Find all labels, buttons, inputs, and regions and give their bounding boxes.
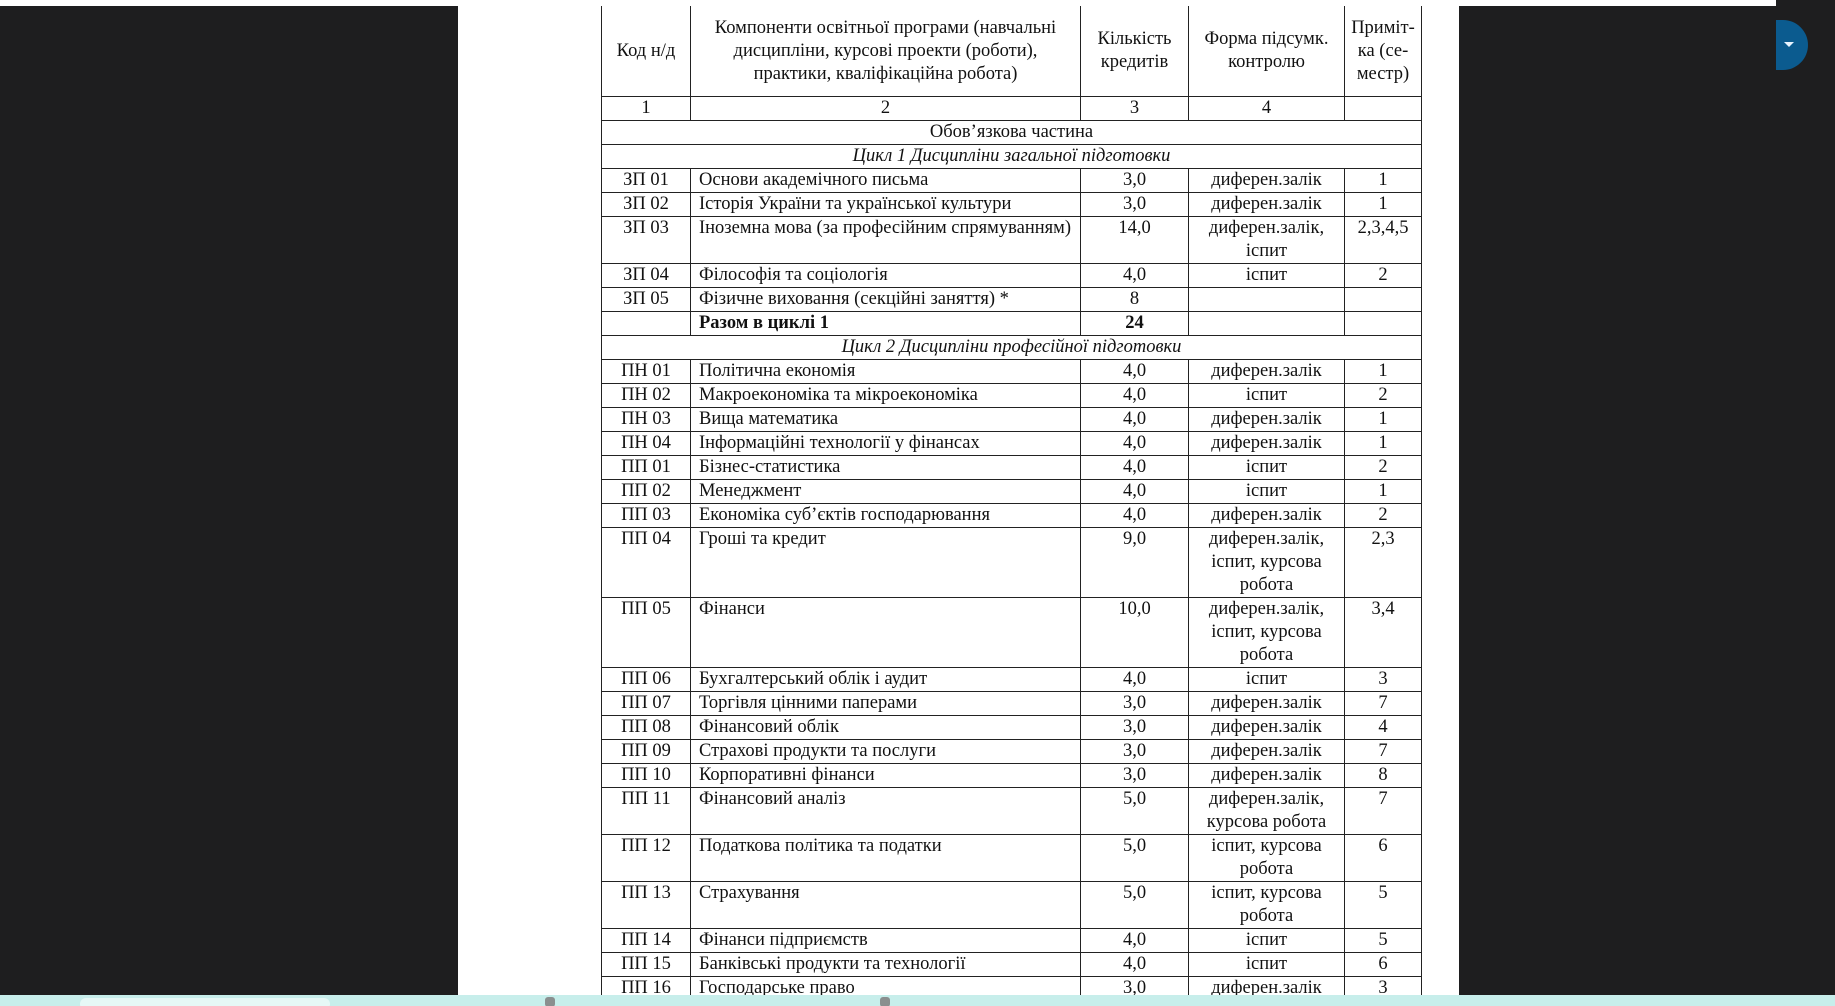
row-semester: 1 bbox=[1345, 360, 1422, 384]
header-number: 4 bbox=[1189, 97, 1345, 121]
row-semester: 6 bbox=[1345, 835, 1422, 882]
section-title-row: Обов’язкова частина bbox=[602, 121, 1422, 145]
total-control bbox=[1189, 312, 1345, 336]
row-code: ЗП 03 bbox=[602, 217, 691, 264]
taskbar-app-icon[interactable] bbox=[880, 997, 890, 1006]
row-credits: 14,0 bbox=[1081, 217, 1189, 264]
row-control-form: іспит, курсова робота bbox=[1189, 882, 1345, 929]
row-code: ПП 08 bbox=[602, 716, 691, 740]
row-name: Фінанси bbox=[691, 598, 1081, 668]
row-code: ПП 09 bbox=[602, 740, 691, 764]
row-control-form: диферен.залік, іспит, курсова робота bbox=[1189, 528, 1345, 598]
table-row: ЗП 04Філософія та соціологія4,0іспит2 bbox=[602, 264, 1422, 288]
row-control-form: диферен.залік bbox=[1189, 408, 1345, 432]
total-semester bbox=[1345, 312, 1422, 336]
table-row: ПП 03Економіка суб’єктів господарювання4… bbox=[602, 504, 1422, 528]
header-number: 1 bbox=[602, 97, 691, 121]
row-control-form: іспит bbox=[1189, 264, 1345, 288]
cycle1-total-row: Разом в циклі 1 24 bbox=[602, 312, 1422, 336]
row-credits: 8 bbox=[1081, 288, 1189, 312]
row-semester: 3 bbox=[1345, 977, 1422, 996]
row-name: Фізичне виховання (секційні заняття) * bbox=[691, 288, 1081, 312]
cycle1-title: Цикл 1 Дисципліни загальної підготовки bbox=[602, 145, 1422, 169]
scroll-down-button[interactable] bbox=[1776, 20, 1808, 70]
header-control-form: Форма підсумк. контролю bbox=[1189, 6, 1345, 97]
row-semester: 2 bbox=[1345, 456, 1422, 480]
row-name: Менеджмент bbox=[691, 480, 1081, 504]
table-row: ЗП 01Основи академічного письма3,0дифере… bbox=[602, 169, 1422, 193]
row-semester: 4 bbox=[1345, 716, 1422, 740]
header-components: Компоненти освітньої програми (навчальні… bbox=[691, 6, 1081, 97]
header-number: 3 bbox=[1081, 97, 1189, 121]
row-control-form: диферен.залік bbox=[1189, 692, 1345, 716]
row-credits: 5,0 bbox=[1081, 788, 1189, 835]
row-credits: 4,0 bbox=[1081, 480, 1189, 504]
row-code: ЗП 04 bbox=[602, 264, 691, 288]
table-header-row: Код н/д Компоненти освітньої програми (н… bbox=[602, 6, 1422, 97]
row-credits: 9,0 bbox=[1081, 528, 1189, 598]
row-control-form: диферен.залік bbox=[1189, 504, 1345, 528]
row-code: ПН 04 bbox=[602, 432, 691, 456]
row-name: Бізнес-статистика bbox=[691, 456, 1081, 480]
curriculum-table: Код н/д Компоненти освітньої програми (н… bbox=[601, 6, 1422, 995]
table-row: ПП 11Фінансовий аналіз5,0диферен.залік, … bbox=[602, 788, 1422, 835]
table-row: ПП 09Страхові продукти та послуги3,0дифе… bbox=[602, 740, 1422, 764]
row-credits: 4,0 bbox=[1081, 432, 1189, 456]
row-semester: 1 bbox=[1345, 480, 1422, 504]
table-row: ПН 03Вища математика4,0диферен.залік1 bbox=[602, 408, 1422, 432]
row-credits: 5,0 bbox=[1081, 882, 1189, 929]
taskbar-app-icon[interactable] bbox=[545, 997, 555, 1006]
table-row: ПП 08Фінансовий облік3,0диферен.залік4 bbox=[602, 716, 1422, 740]
row-control-form: іспит bbox=[1189, 929, 1345, 953]
row-control-form bbox=[1189, 288, 1345, 312]
row-control-form: диферен.залік bbox=[1189, 432, 1345, 456]
row-credits: 4,0 bbox=[1081, 929, 1189, 953]
table-row: ПП 14Фінанси підприємств4,0іспит5 bbox=[602, 929, 1422, 953]
row-credits: 3,0 bbox=[1081, 764, 1189, 788]
row-name: Бухгалтерський облік і аудит bbox=[691, 668, 1081, 692]
row-credits: 3,0 bbox=[1081, 193, 1189, 217]
row-code: ПП 11 bbox=[602, 788, 691, 835]
header-credits: Кількість кредитів bbox=[1081, 6, 1189, 97]
row-code: ЗП 05 bbox=[602, 288, 691, 312]
row-credits: 4,0 bbox=[1081, 408, 1189, 432]
row-code: ПП 10 bbox=[602, 764, 691, 788]
table-row: ПН 01Політична економія4,0диферен.залік1 bbox=[602, 360, 1422, 384]
row-credits: 3,0 bbox=[1081, 977, 1189, 996]
row-name: Основи академічного письма bbox=[691, 169, 1081, 193]
section-title: Обов’язкова частина bbox=[602, 121, 1422, 145]
row-name: Інформаційні технології у фінансах bbox=[691, 432, 1081, 456]
row-code: ПП 13 bbox=[602, 882, 691, 929]
table-row: ПП 05Фінанси10,0диферен.залік, іспит, ку… bbox=[602, 598, 1422, 668]
row-control-form: диферен.залік bbox=[1189, 716, 1345, 740]
row-semester: 2,3 bbox=[1345, 528, 1422, 598]
row-name: Банківські продукти та технології bbox=[691, 953, 1081, 977]
row-control-form: диферен.залік, іспит, курсова робота bbox=[1189, 598, 1345, 668]
table-row: ПП 01Бізнес-статистика4,0іспит2 bbox=[602, 456, 1422, 480]
table-row: ПП 07Торгівля цінними паперами3,0диферен… bbox=[602, 692, 1422, 716]
row-name: Вища математика bbox=[691, 408, 1081, 432]
cycle-title-row: Цикл 2 Дисципліни професійної підготовки bbox=[602, 336, 1422, 360]
row-credits: 3,0 bbox=[1081, 716, 1189, 740]
row-name: Історія України та української культури bbox=[691, 193, 1081, 217]
row-code: ПП 15 bbox=[602, 953, 691, 977]
table-row: ПП 15Банківські продукти та технології4,… bbox=[602, 953, 1422, 977]
row-semester: 3,4 bbox=[1345, 598, 1422, 668]
row-name: Страхові продукти та послуги bbox=[691, 740, 1081, 764]
row-code: ПП 04 bbox=[602, 528, 691, 598]
row-name: Фінанси підприємств bbox=[691, 929, 1081, 953]
row-code: ЗП 01 bbox=[602, 169, 691, 193]
row-name: Господарське право bbox=[691, 977, 1081, 996]
row-semester: 3 bbox=[1345, 668, 1422, 692]
total-code bbox=[602, 312, 691, 336]
header-number bbox=[1345, 97, 1422, 121]
row-semester: 5 bbox=[1345, 929, 1422, 953]
table-row: ПП 04Гроші та кредит9,0диферен.залік, іс… bbox=[602, 528, 1422, 598]
row-code: ПП 07 bbox=[602, 692, 691, 716]
row-control-form: іспит bbox=[1189, 384, 1345, 408]
cycle-title-row: Цикл 1 Дисципліни загальної підготовки bbox=[602, 145, 1422, 169]
row-semester: 5 bbox=[1345, 882, 1422, 929]
row-credits: 5,0 bbox=[1081, 835, 1189, 882]
table-row: ПП 02Менеджмент4,0іспит1 bbox=[602, 480, 1422, 504]
row-control-form: іспит bbox=[1189, 480, 1345, 504]
table-row: ПН 04Інформаційні технології у фінансах4… bbox=[602, 432, 1422, 456]
row-credits: 4,0 bbox=[1081, 360, 1189, 384]
row-control-form: іспит bbox=[1189, 953, 1345, 977]
row-semester bbox=[1345, 288, 1422, 312]
row-semester: 1 bbox=[1345, 193, 1422, 217]
header-note: Приміт­ка (се­местр) bbox=[1345, 6, 1422, 97]
row-name: Податкова політика та податки bbox=[691, 835, 1081, 882]
row-name: Економіка суб’єктів господарювання bbox=[691, 504, 1081, 528]
row-credits: 4,0 bbox=[1081, 504, 1189, 528]
row-name: Корпоративні фінанси bbox=[691, 764, 1081, 788]
table-row: ПП 13Страхування5,0іспит, курсова робота… bbox=[602, 882, 1422, 929]
row-code: ПН 01 bbox=[602, 360, 691, 384]
row-semester: 2 bbox=[1345, 504, 1422, 528]
row-semester: 1 bbox=[1345, 169, 1422, 193]
row-code: ПП 03 bbox=[602, 504, 691, 528]
row-credits: 4,0 bbox=[1081, 668, 1189, 692]
header-code: Код н/д bbox=[602, 6, 691, 97]
row-code: ПН 02 bbox=[602, 384, 691, 408]
row-code: ПП 06 bbox=[602, 668, 691, 692]
table-header-numbers-row: 1 2 3 4 bbox=[602, 97, 1422, 121]
row-credits: 4,0 bbox=[1081, 264, 1189, 288]
row-semester: 6 bbox=[1345, 953, 1422, 977]
row-code: ПП 02 bbox=[602, 480, 691, 504]
total-credits: 24 bbox=[1081, 312, 1189, 336]
row-name: Макроекономіка та мікроекономіка bbox=[691, 384, 1081, 408]
row-credits: 3,0 bbox=[1081, 692, 1189, 716]
table-row: ЗП 05Фізичне виховання (секційні заняття… bbox=[602, 288, 1422, 312]
row-control-form: диферен.залік bbox=[1189, 977, 1345, 996]
row-control-form: іспит bbox=[1189, 668, 1345, 692]
row-control-form: диферен.залік, курсова робота bbox=[1189, 788, 1345, 835]
row-control-form: диферен.залік bbox=[1189, 360, 1345, 384]
row-semester: 2,3,4,5 bbox=[1345, 217, 1422, 264]
row-control-form: диферен.залік bbox=[1189, 764, 1345, 788]
row-semester: 1 bbox=[1345, 408, 1422, 432]
row-name: Політична економія bbox=[691, 360, 1081, 384]
row-name: Страхування bbox=[691, 882, 1081, 929]
table-body: Обов’язкова частина Цикл 1 Дисципліни за… bbox=[602, 121, 1422, 996]
row-control-form: диферен.залік bbox=[1189, 169, 1345, 193]
table-row: ПП 06Бухгалтерський облік і аудит4,0іспи… bbox=[602, 668, 1422, 692]
table-row: ПП 12Податкова політика та податки5,0ісп… bbox=[602, 835, 1422, 882]
row-name: Філософія та соціологія bbox=[691, 264, 1081, 288]
taskbar bbox=[0, 995, 1835, 1006]
row-control-form: диферен.залік bbox=[1189, 740, 1345, 764]
row-code: ПП 05 bbox=[602, 598, 691, 668]
row-code: ПП 16 bbox=[602, 977, 691, 996]
total-label: Разом в циклі 1 bbox=[691, 312, 1081, 336]
row-semester: 7 bbox=[1345, 740, 1422, 764]
row-name: Іноземна мова (за професійним спрямуванн… bbox=[691, 217, 1081, 264]
row-credits: 4,0 bbox=[1081, 456, 1189, 480]
row-name: Гроші та кредит bbox=[691, 528, 1081, 598]
row-name: Фінансовий аналіз bbox=[691, 788, 1081, 835]
row-credits: 4,0 bbox=[1081, 953, 1189, 977]
table-row: ЗП 03Іноземна мова (за професійним спрям… bbox=[602, 217, 1422, 264]
row-semester: 1 bbox=[1345, 432, 1422, 456]
row-semester: 8 bbox=[1345, 764, 1422, 788]
row-credits: 4,0 bbox=[1081, 384, 1189, 408]
row-semester: 7 bbox=[1345, 788, 1422, 835]
table-row: ПП 10Корпоративні фінанси3,0диферен.залі… bbox=[602, 764, 1422, 788]
row-code: ПП 14 bbox=[602, 929, 691, 953]
chevron-down-icon bbox=[1784, 42, 1794, 47]
row-credits: 3,0 bbox=[1081, 740, 1189, 764]
row-control-form: диферен.залік, іспит bbox=[1189, 217, 1345, 264]
header-number: 2 bbox=[691, 97, 1081, 121]
table-row: ПП 16Господарське право3,0диферен.залік3 bbox=[602, 977, 1422, 996]
document-page: Код н/д Компоненти освітньої програми (н… bbox=[458, 6, 1459, 995]
cycle2-title: Цикл 2 Дисципліни професійної підготовки bbox=[602, 336, 1422, 360]
row-control-form: іспит bbox=[1189, 456, 1345, 480]
row-code: ПП 12 bbox=[602, 835, 691, 882]
row-control-form: іспит, курсова робота bbox=[1189, 835, 1345, 882]
table-row: ЗП 02Історія України та української куль… bbox=[602, 193, 1422, 217]
row-name: Фінансовий облік bbox=[691, 716, 1081, 740]
row-credits: 10,0 bbox=[1081, 598, 1189, 668]
row-control-form: диферен.залік bbox=[1189, 193, 1345, 217]
row-code: ПН 03 bbox=[602, 408, 691, 432]
taskbar-search-box[interactable] bbox=[80, 998, 330, 1006]
table-row: ПН 02Макроекономіка та мікроекономіка4,0… bbox=[602, 384, 1422, 408]
row-name: Торгівля цінними паперами bbox=[691, 692, 1081, 716]
row-semester: 2 bbox=[1345, 384, 1422, 408]
row-credits: 3,0 bbox=[1081, 169, 1189, 193]
row-code: ЗП 02 bbox=[602, 193, 691, 217]
row-code: ПП 01 bbox=[602, 456, 691, 480]
row-semester: 2 bbox=[1345, 264, 1422, 288]
row-semester: 7 bbox=[1345, 692, 1422, 716]
